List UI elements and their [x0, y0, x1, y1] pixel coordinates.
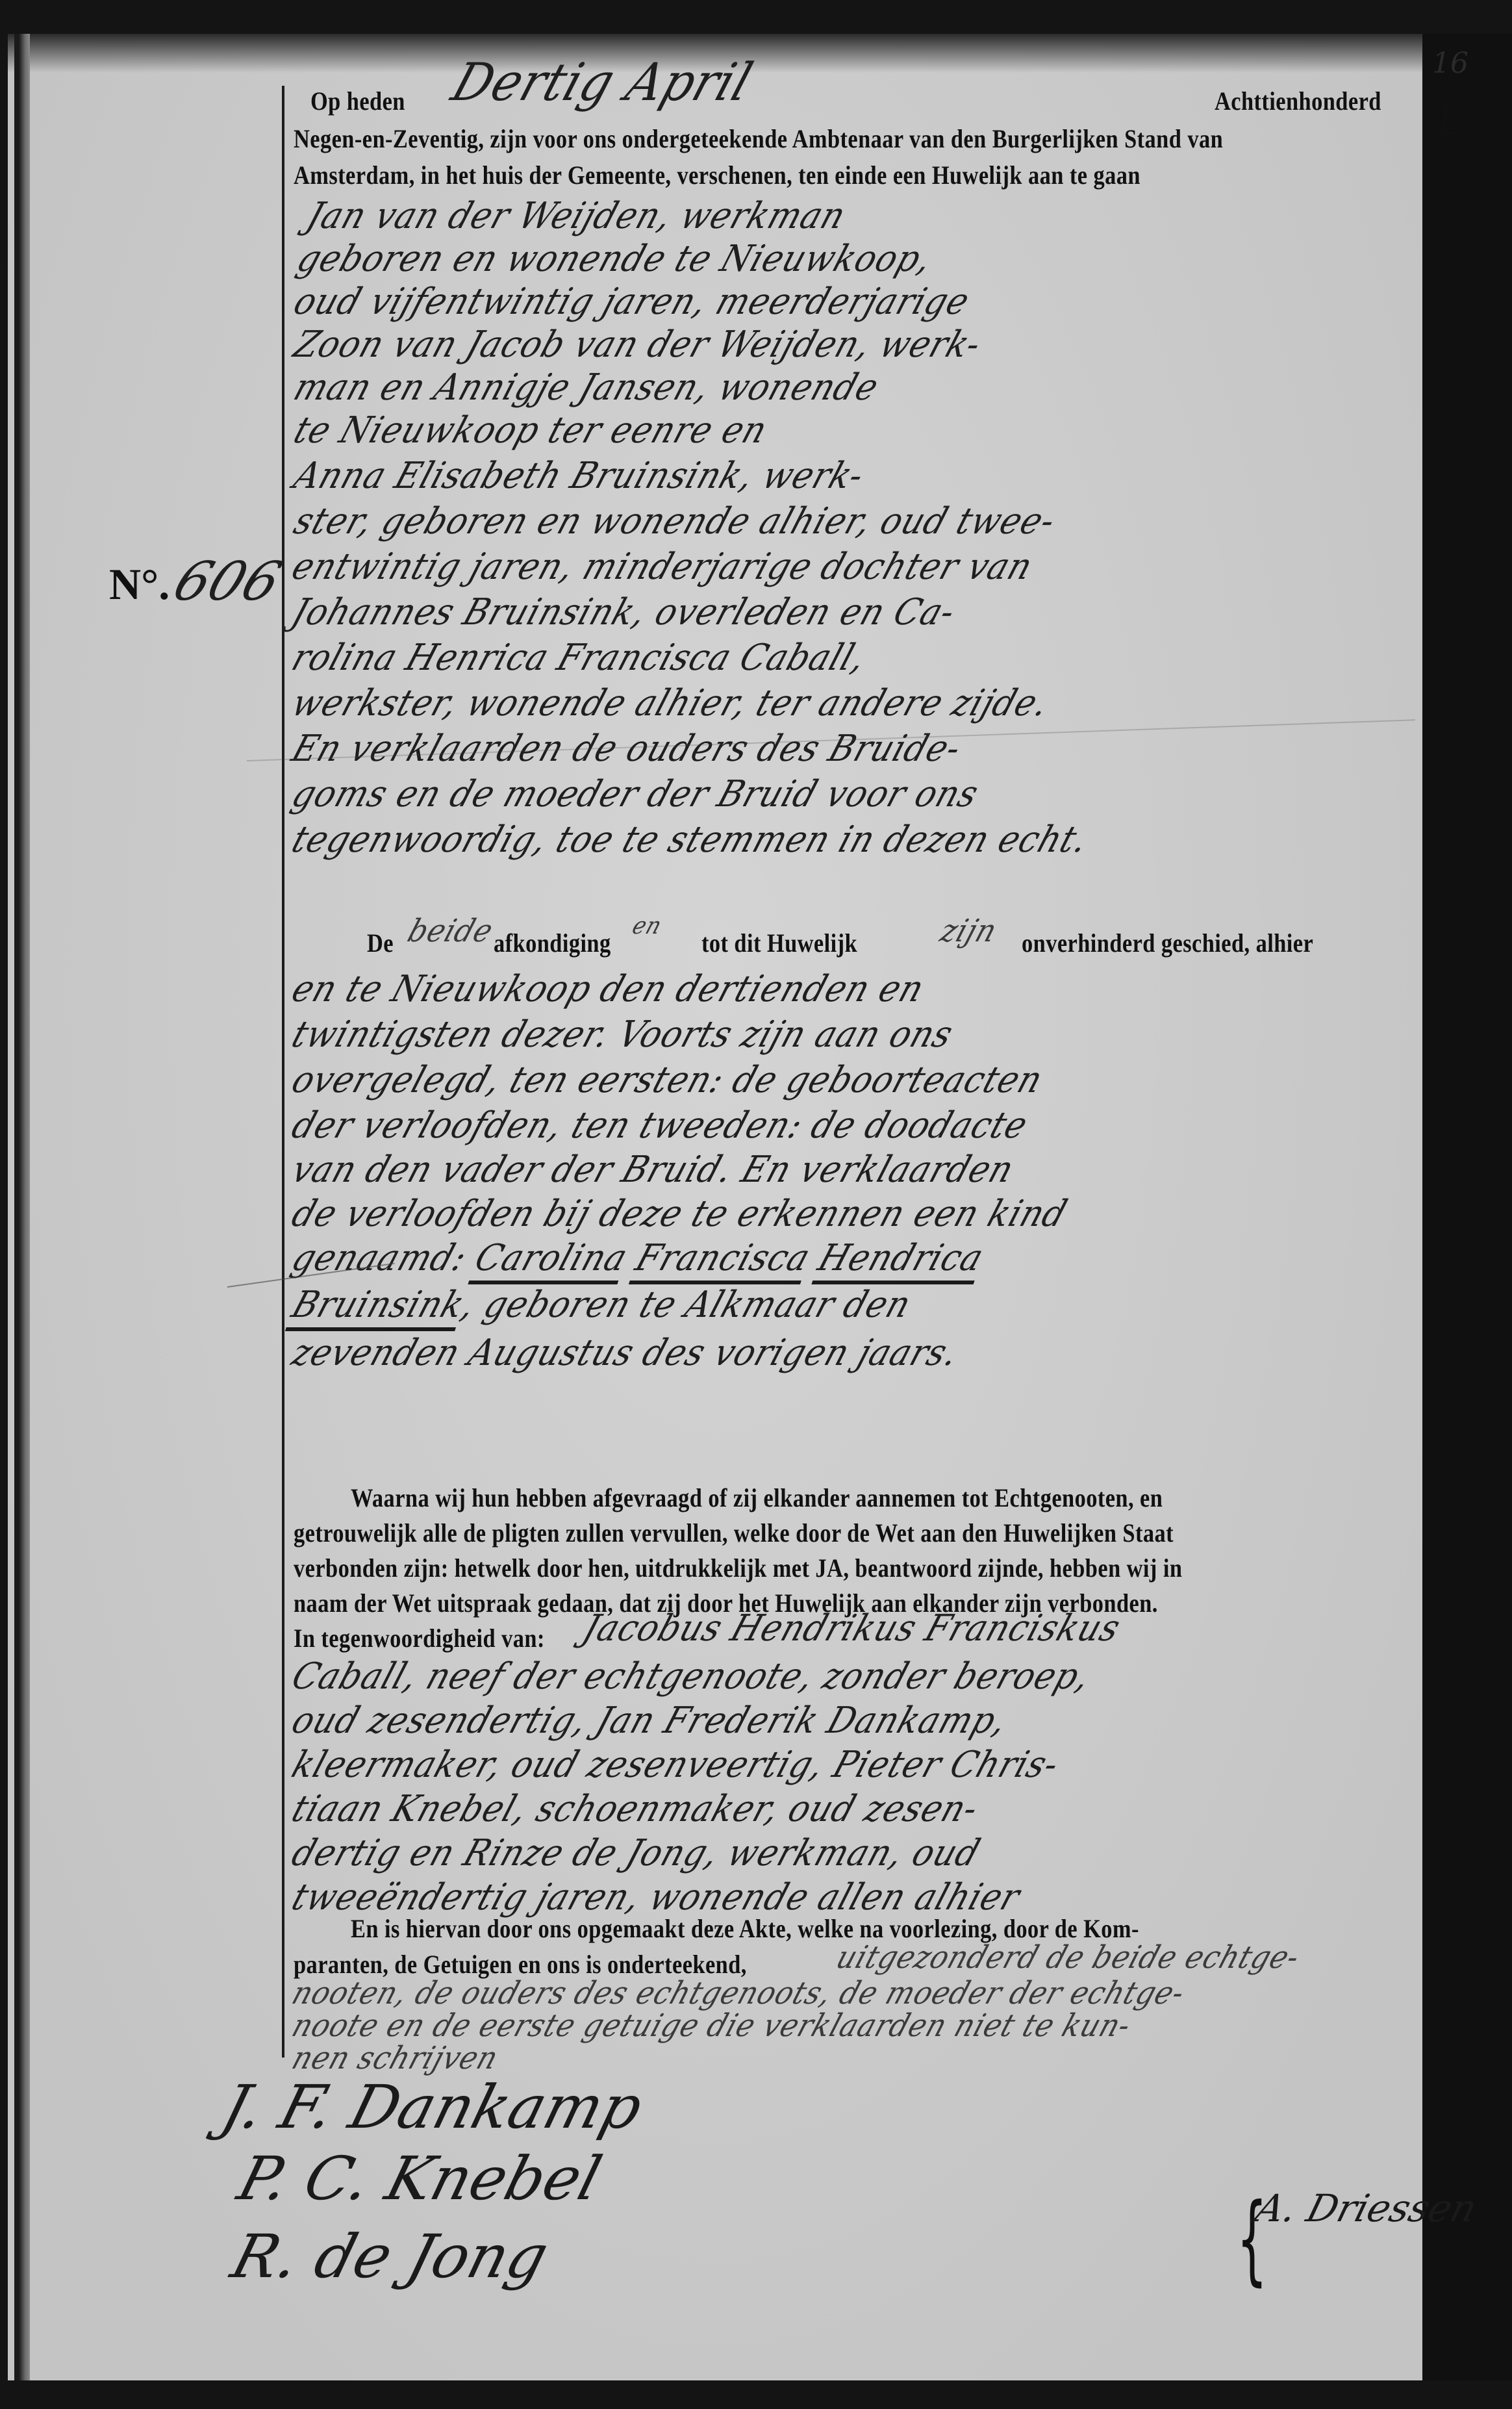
- hand-line: rolina Henrica Francisca Caball,: [286, 637, 871, 679]
- hand-line: Anna Elisabeth Bruinsink, werk-: [288, 455, 869, 497]
- page-mark: L: [1437, 96, 1463, 144]
- hand-line: geboren en wonende te Nieuwkoop,: [292, 238, 937, 280]
- hand-beide: beide: [403, 913, 498, 949]
- hand-line: de verloofden bij deze te erkennen een k…: [286, 1193, 1072, 1235]
- hand-line: En verklaarden de ouders des Bruide-: [286, 728, 966, 770]
- hand-line: ster, geboren en wonende alhier, oud twe…: [288, 500, 1061, 542]
- signature-witness-3: R. de Jong: [225, 2222, 555, 2291]
- act-number-label: N°.: [109, 559, 170, 610]
- signature-witness-2: P. C. Knebel: [231, 2144, 609, 2213]
- hand-closing-line: nooten, de ouders des echtgenoots, de mo…: [288, 1975, 1190, 2011]
- witness-line: tiaan Knebel, schoenmaker, oud zesen-: [286, 1788, 983, 1830]
- hand-line: Johannes Bruinsink, overleden en Ca-: [286, 591, 961, 633]
- binding-edge: [14, 34, 30, 2380]
- hand-line: Bruinsink, geboren te Alkmaar den: [286, 1284, 916, 1326]
- hand-closing-rest: uitgezonderd de beide echtge-: [832, 1939, 1304, 1976]
- signature-official: A. Driessen: [1251, 2186, 1481, 2230]
- hand-line: twintigsten dezer. Voorts zijn aan ons: [286, 1013, 958, 1056]
- witness-line: tweeëndertig jaren, wonende allen alhier: [286, 1876, 1025, 1918]
- printed-op-heden: Op heden: [310, 86, 405, 116]
- printed-line: verbonden zijn: hetwelk door hen, uitdru…: [294, 1553, 1182, 1583]
- hand-closing-line: nen schrijven: [288, 2040, 503, 2076]
- hand-line: Jan van der Weijden, werkman: [301, 195, 851, 237]
- hand-line: tegenwoordig, toe te stemmen in dezen ec…: [286, 819, 1093, 861]
- witness-line: kleermaker, oud zesenveertig, Pieter Chr…: [286, 1744, 1064, 1786]
- hand-birth: , geboren te Alkmaar den: [456, 1284, 916, 1326]
- hand-genaamd: genaamd:: [286, 1237, 483, 1279]
- printed-de: De: [367, 928, 394, 958]
- hand-line: oud vijfentwintig jaren, meerderjarige: [288, 281, 974, 323]
- witness-first-line: Jacobus Hendrikus Franciskus: [577, 1607, 1126, 1650]
- printed-afkondiging: afkondiging: [494, 928, 611, 958]
- printed-year: Achttienhonderd: [1215, 86, 1381, 116]
- hand-date: Dertig April: [445, 52, 760, 112]
- witness-line: dertig en Rinze de Jong, werkman, oud: [286, 1832, 985, 1874]
- hand-line: van den vader der Bruid. En verklaarden: [286, 1149, 1019, 1191]
- page-number: 16: [1432, 47, 1468, 80]
- hand-line: zevenden Augustus des vorigen jaars.: [286, 1332, 964, 1374]
- signature-witness-1: J. F. Dankamp: [215, 2072, 649, 2142]
- hand-line: goms en de moeder der Bruid voor ons: [286, 773, 983, 815]
- hand-line: Zoon van Jacob van der Weijden, werk-: [288, 324, 986, 366]
- witness-line: oud zesendertig, Jan Frederik Dankamp,: [286, 1700, 1013, 1742]
- hand-line: entwintig jaren, minderjarige dochter va…: [286, 546, 1038, 588]
- child-name-1: Carolina: [468, 1237, 633, 1284]
- hand-line: te Nieuwkoop ter eenre en: [288, 409, 772, 452]
- hand-line: der verloofden, ten tweeden: de doodacte: [286, 1104, 1033, 1147]
- witness-line: Caball, neef der echtgenoote, zonder ber…: [286, 1655, 1096, 1698]
- hand-line: werkster, wonende alhier, ter andere zij…: [286, 682, 1054, 724]
- hand-closing-line: noote en de eerste getuige die verklaard…: [288, 2007, 1136, 2044]
- scan-right-edge: [1422, 34, 1512, 2380]
- hand-line: overgelegd, ten eersten: de geboorteacte…: [286, 1059, 1048, 1101]
- printed-witness-intro: In tegenwoordigheid van:: [294, 1623, 545, 1653]
- hand-line: man en Annigje Jansen, wonende: [288, 366, 884, 409]
- hand-line child-name: genaamd: Carolina Francisca Hendrica: [286, 1237, 989, 1279]
- printed-line: getrouwelijk alle de pligten zullen verv…: [294, 1518, 1174, 1548]
- printed-line-3: Amsterdam, in het huis der Gemeente, ver…: [294, 160, 1140, 190]
- printed-rest: onverhinderd geschied, alhier: [1022, 928, 1313, 958]
- printed-tot-dit: tot dit Huwelijk: [701, 928, 857, 958]
- margin-rule: [282, 86, 284, 2058]
- hand-line: en te Nieuwkoop den dertienden en: [286, 968, 929, 1010]
- printed-line-2: Negen-en-Zeventig, zijn voor ons onderge…: [294, 123, 1223, 154]
- child-name-3: Hendrica: [811, 1237, 989, 1284]
- child-name-2: Francisca: [629, 1237, 816, 1284]
- printed-line: Waarna wij hun hebben afgevraagd of zij …: [351, 1483, 1163, 1513]
- child-surname: Bruinsink: [285, 1284, 470, 1331]
